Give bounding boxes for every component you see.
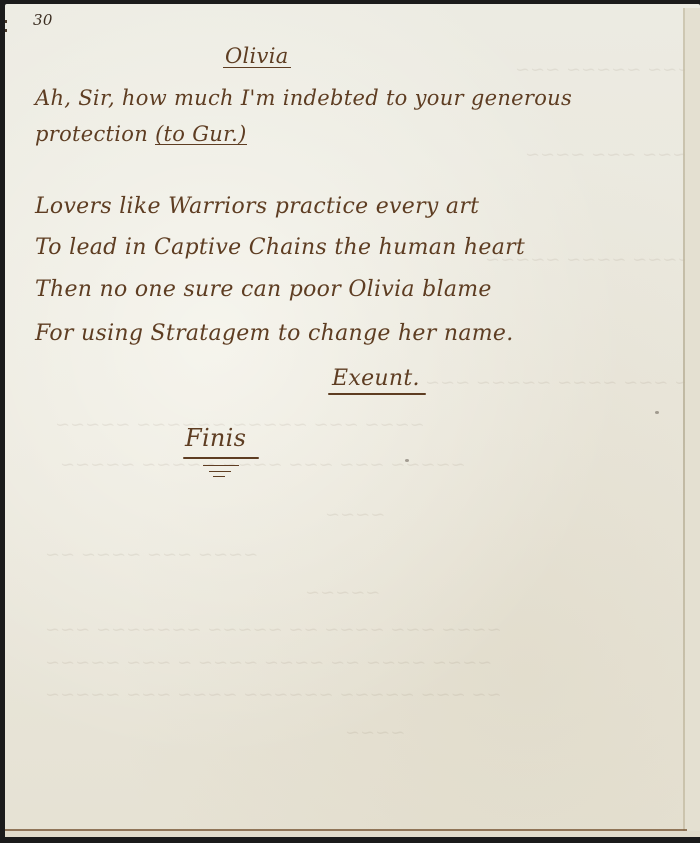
speech-line-2-text: protection [35,122,148,146]
bleed-through-texture: ~~~~ ~~~ ~~~~ ~~~~~ ~~~ [425,372,700,393]
bleed-through-texture: ~~~~ ~~~ ~~~~ ~~ [45,544,258,565]
bleed-through-texture: ~~ ~~~ ~~~~~ ~~~~~~ ~~~~ ~~~ ~~~~~ [45,684,502,705]
speech-line-2: protection (to Gur.) [35,122,247,146]
finis-flourish [183,457,259,460]
verse-line-3: Then no one sure can poor Olivia blame [35,277,492,302]
next-page-edge [685,8,700,836]
verse-line-2: To lead in Captive Chains the human hear… [35,235,525,260]
stage-direction-underline [328,393,426,396]
bleed-through-texture: ~~~~ [325,504,385,525]
stage-direction-text: Exeunt. [332,366,420,391]
speech-line-1: Ah, Sir, how much I'm indebted to your g… [35,86,572,110]
paper-speck [405,459,409,462]
verse-line-4: For using Stratagem to change her name. [35,321,514,346]
bleed-through-texture: ~~~~ ~~~ ~~~~ [525,144,700,165]
page-number: 30 [33,11,53,29]
binding-marks [5,20,8,40]
stage-direction: Exeunt. [332,366,420,391]
bleed-through-texture: ~~~~ ~~~ ~~~~ ~~ ~~~~~ ~~~~~~~ ~~~ [45,619,502,640]
speaker-underline [223,67,291,69]
bleed-through-texture: ~~~~ ~~~~ ~~ ~~~~ ~~~~ ~ ~~~ ~~~~~ [45,652,492,673]
finis-flourish [213,476,225,478]
finis-flourish [209,471,231,473]
speaker-name: Olivia [225,44,289,68]
finis-flourish [203,465,239,467]
paper-speck [655,411,659,414]
closing-finis-text: Finis [185,424,246,452]
bleed-through-texture: ~~~~~ [305,582,380,603]
speaker-name-text: Olivia [225,44,289,68]
closing-finis: Finis [185,424,246,452]
page-gutter [683,8,685,836]
bleed-through-texture: ~~~ ~~~~~ ~~~ [515,59,692,80]
verse-line-1: Lovers like Warriors practice every art [35,194,479,219]
bleed-through-texture: ~~~~~ ~~~ ~~~ ~~~~ ~~~~~ ~~~~~ [60,454,466,475]
bleed-through-texture: ~~~~ [345,722,405,743]
aside-direction: (to Gur.) [155,122,247,146]
page-underlayer [5,831,700,837]
manuscript-page: ~~~ ~~~~~ ~~~ ~~~~ ~~~ ~~~~ ~~~~~ ~~~~ ~… [5,4,700,836]
